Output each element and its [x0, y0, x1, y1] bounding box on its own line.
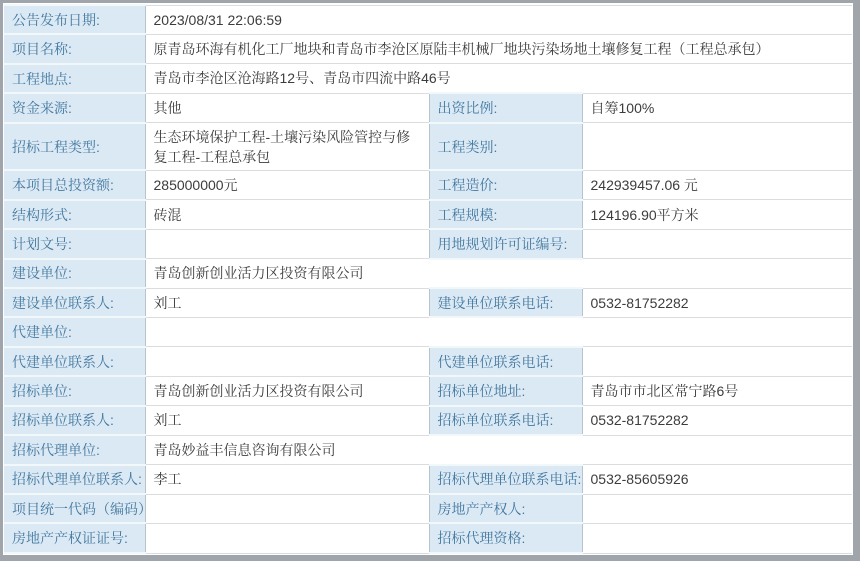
project-unified-code-label: 项目统一代码（编码）:: [4, 494, 145, 523]
tender-unit-phone-value: 0532-81752282: [582, 406, 852, 435]
construction-unit-phone-label: 建设单位联系电话:: [429, 288, 582, 317]
tender-unit-value: 青岛创新创业活力区投资有限公司: [145, 376, 429, 405]
construction-unit-phone-value: 0532-81752282: [582, 288, 852, 317]
announcement-date-value: 2023/08/31 22:06:59: [145, 5, 852, 34]
agent-construction-unit-phone-value: [582, 347, 852, 376]
project-name-value: 原青岛环海有机化工厂地块和青岛市李沧区原陆丰机械厂地块污染场地土壤修复工程（工程…: [145, 34, 852, 63]
table-row: 招标代理单位联系人:李工招标代理单位联系电话:0532-85605926: [4, 465, 852, 494]
tender-agency-phone-value: 0532-85605926: [582, 465, 852, 494]
project-scale-label: 工程规模:: [429, 200, 582, 229]
construction-unit-value: 青岛创新创业活力区投资有限公司: [145, 259, 852, 288]
tender-agency-label: 招标代理单位:: [4, 435, 145, 464]
property-owner-label: 房地产产权人:: [429, 494, 582, 523]
investment-ratio-value: 自筹100%: [582, 93, 852, 122]
project-location-label: 工程地点:: [4, 64, 145, 93]
project-unified-code-value: [145, 494, 429, 523]
table-row: 代建单位联系人:代建单位联系电话:: [4, 347, 852, 376]
table-row: 项目名称:原青岛环海有机化工厂地块和青岛市李沧区原陆丰机械厂地块污染场地土壤修复…: [4, 34, 852, 63]
structure-type-value: 砖混: [145, 200, 429, 229]
table-frame: 公告发布日期:2023/08/31 22:06:59项目名称:原青岛环海有机化工…: [0, 0, 860, 561]
agent-construction-unit-contact-value: [145, 347, 429, 376]
plan-document-no-value: [145, 229, 429, 258]
project-category-value: [582, 123, 852, 171]
table-row: 项目统一代码（编码）:房地产产权人:: [4, 494, 852, 523]
total-investment-label: 本项目总投资额:: [4, 170, 145, 199]
tender-agency-contact-label: 招标代理单位联系人:: [4, 465, 145, 494]
plan-document-no-label: 计划文号:: [4, 229, 145, 258]
land-planning-permit-no-label: 用地规划许可证编号:: [429, 229, 582, 258]
project-location-value: 青岛市李沧区沧海路12号、青岛市四流中路46号: [145, 64, 852, 93]
tender-unit-label: 招标单位:: [4, 376, 145, 405]
table-row: 结构形式:砖混工程规模:124196.90平方米: [4, 200, 852, 229]
project-category-label: 工程类别:: [429, 123, 582, 171]
table-row: 招标工程类型:生态环境保护工程-土壤污染风险管控与修复工程-工程总承包工程类别:: [4, 123, 852, 171]
funding-source-value: 其他: [145, 93, 429, 122]
structure-type-label: 结构形式:: [4, 200, 145, 229]
tender-unit-address-label: 招标单位地址:: [429, 376, 582, 405]
tender-agency-qualification-label: 招标代理资格:: [429, 523, 582, 553]
tender-agency-qualification-value: [582, 523, 852, 553]
tender-agency-value: 青岛妙益丰信息咨询有限公司: [145, 435, 852, 464]
table-row: 计划文号:用地规划许可证编号:: [4, 229, 852, 258]
tender-unit-address-value: 青岛市市北区常宁路6号: [582, 376, 852, 405]
table-row: 代建单位:: [4, 317, 852, 346]
tender-project-type-label: 招标工程类型:: [4, 123, 145, 171]
funding-source-label: 资金来源:: [4, 93, 145, 122]
table-row: 建设单位联系人:刘工建设单位联系电话:0532-81752282: [4, 288, 852, 317]
tender-unit-contact-value: 刘工: [145, 406, 429, 435]
announcement-date-label: 公告发布日期:: [4, 5, 145, 34]
project-scale-value: 124196.90平方米: [582, 200, 852, 229]
investment-ratio-label: 出资比例:: [429, 93, 582, 122]
construction-unit-label: 建设单位:: [4, 259, 145, 288]
agent-construction-unit-phone-label: 代建单位联系电话:: [429, 347, 582, 376]
table-row: 房地产产权证证号:招标代理资格:: [4, 523, 852, 553]
table-row: 本项目总投资额:285000000元工程造价:242939457.06 元: [4, 170, 852, 199]
tender-agency-phone-label: 招标代理单位联系电话:: [429, 465, 582, 494]
table-row: 资金来源:其他出资比例:自筹100%: [4, 93, 852, 122]
total-investment-value: 285000000元: [145, 170, 429, 199]
table-row: 工程地点:青岛市李沧区沧海路12号、青岛市四流中路46号: [4, 64, 852, 93]
agent-construction-unit-contact-label: 代建单位联系人:: [4, 347, 145, 376]
project-name-label: 项目名称:: [4, 34, 145, 63]
agent-construction-unit-value: [145, 317, 852, 346]
table-row: 建设单位:青岛创新创业活力区投资有限公司: [4, 259, 852, 288]
table-row: 招标单位:青岛创新创业活力区投资有限公司招标单位地址:青岛市市北区常宁路6号: [4, 376, 852, 405]
property-owner-value: [582, 494, 852, 523]
property-certificate-no-value: [145, 523, 429, 553]
land-planning-permit-no-value: [582, 229, 852, 258]
tender-info-table: 公告发布日期:2023/08/31 22:06:59项目名称:原青岛环海有机化工…: [4, 4, 852, 554]
info-table-body: 公告发布日期:2023/08/31 22:06:59项目名称:原青岛环海有机化工…: [4, 5, 852, 553]
construction-unit-contact-value: 刘工: [145, 288, 429, 317]
project-cost-value: 242939457.06 元: [582, 170, 852, 199]
tender-project-type-value: 生态环境保护工程-土壤污染风险管控与修复工程-工程总承包: [145, 123, 429, 171]
tender-unit-contact-label: 招标单位联系人:: [4, 406, 145, 435]
tender-agency-contact-value: 李工: [145, 465, 429, 494]
tender-unit-phone-label: 招标单位联系电话:: [429, 406, 582, 435]
table-row: 公告发布日期:2023/08/31 22:06:59: [4, 5, 852, 34]
project-cost-label: 工程造价:: [429, 170, 582, 199]
agent-construction-unit-label: 代建单位:: [4, 317, 145, 346]
table-row: 招标单位联系人:刘工招标单位联系电话:0532-81752282: [4, 406, 852, 435]
property-certificate-no-label: 房地产产权证证号:: [4, 523, 145, 553]
construction-unit-contact-label: 建设单位联系人:: [4, 288, 145, 317]
table-row: 招标代理单位:青岛妙益丰信息咨询有限公司: [4, 435, 852, 464]
